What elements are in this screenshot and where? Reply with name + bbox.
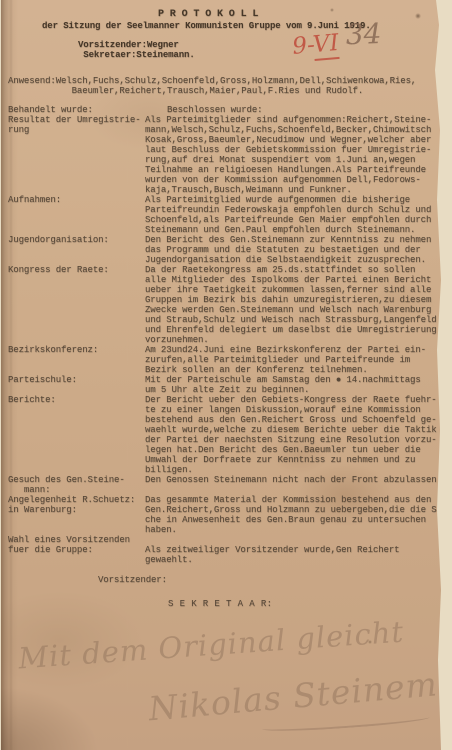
row-wahl-vorsitzender: Wahl eines Vorsitzenden fuer die Gruppe:… bbox=[8, 535, 442, 565]
row-label: Kongress der Raete: bbox=[8, 265, 145, 275]
document-subtitle: der Sitzung der Seelmanner Kommunisten G… bbox=[42, 21, 442, 32]
row-label: Wahl eines Vorsitzenden fuer die Gruppe: bbox=[8, 535, 145, 555]
row-parteischule: Parteischule: Mit der Parteischule am Sa… bbox=[8, 375, 442, 395]
row-kongress-der-raete: Kongress der Raete: Da der Raetekongress… bbox=[8, 265, 442, 345]
red-roman-numeral: VI bbox=[312, 30, 340, 61]
document-title: P R O T O K O L L bbox=[158, 9, 442, 21]
row-gesuch-steinemann: Gesuch des Gen.Steine- mann: Den Genosse… bbox=[8, 475, 442, 495]
row-resolution-text: Mit der Parteischule am Samstag den ● 14… bbox=[145, 375, 442, 395]
row-bezirkskonferenz: Bezirkskonferenz: Am 23und24.Juni eine B… bbox=[8, 345, 442, 375]
row-label: Aufnahmen: bbox=[8, 195, 145, 205]
row-resolution-text: Den Bericht des Gen.Steinemann zur Kennt… bbox=[145, 235, 442, 265]
row-aufnahmen: Aufnahmen: Als Parteimitglied wurde aufg… bbox=[8, 195, 442, 235]
red-date-annotation: 9-VI bbox=[291, 30, 340, 61]
signature-chairman-label: Vorsitzender: bbox=[98, 575, 442, 585]
row-label: Jugendorganisation: bbox=[8, 235, 145, 245]
row-label: Bezirkskonferenz: bbox=[8, 345, 145, 355]
row-resolution-text: Am 23und24.Juni eine Bezirkskonferenz de… bbox=[145, 345, 442, 375]
row-label: Gesuch des Gen.Steine- mann: bbox=[8, 475, 145, 495]
column-header-behandelt: Behandelt wurde: bbox=[8, 105, 145, 115]
attendees-block: Anwesend:Welsch,Fuchs,Schulz,Schoenfeld,… bbox=[8, 76, 442, 96]
row-resolution-text: Da der Raetekongress am 25.ds.stattfinde… bbox=[145, 265, 442, 345]
row-label: Resultat der Umregistrie- rung bbox=[8, 115, 145, 135]
row-label: Parteischule: bbox=[8, 375, 145, 385]
column-header-beschlossen: Beschlossen wurde: bbox=[145, 105, 442, 115]
signature-secretary-label: S E K R E T A A R: bbox=[168, 599, 442, 609]
agenda-table: Behandelt wurde: Beschlossen wurde: Resu… bbox=[8, 105, 442, 565]
row-jugendorganisation: Jugendorganisation: Den Bericht des Gen.… bbox=[8, 235, 442, 265]
row-resolution-text: Als Parteimitglied wurde aufgenommen die… bbox=[145, 195, 442, 235]
row-label: Berichte: bbox=[8, 395, 145, 405]
row-resolution-text: Als zeitweiliger Vorsitzender wurde,Gen … bbox=[145, 535, 442, 565]
pencil-number-annotation: 34 bbox=[346, 17, 383, 51]
row-resolution-text: Der Bericht ueber den Gebiets-Kongress d… bbox=[145, 395, 442, 475]
row-resolution-text: Als Parteimitglieder sind aufgenommen:Re… bbox=[145, 115, 442, 195]
handwritten-certification-line: Mit dem Original gleicht bbox=[17, 615, 405, 676]
protocol-document: P R O T O K O L L der Sitzung der Seelma… bbox=[0, 0, 442, 609]
row-resolution-text: Das gesammte Material der Kommission bes… bbox=[145, 495, 447, 535]
paper-sheet: P R O T O K O L L der Sitzung der Seelma… bbox=[0, 0, 442, 750]
row-angelegenheit-schuetz: Angelegenheit R.Schuetz: in Warenburg: D… bbox=[8, 495, 442, 535]
row-resultat-umregistrierung: Resultat der Umregistrie- rung Als Parte… bbox=[8, 115, 442, 195]
row-berichte: Berichte: Der Bericht ueber den Gebiets-… bbox=[8, 395, 442, 475]
row-label: Angelegenheit R.Schuetz: in Warenburg: bbox=[8, 495, 145, 515]
row-resolution-text: Den Genossen Steinemann nicht nach der F… bbox=[145, 475, 442, 485]
officers-block: Vorsitzender:Wegner Sekretaer:Steinemann… bbox=[78, 40, 442, 60]
column-headers-row: Behandelt wurde: Beschlossen wurde: bbox=[8, 105, 442, 115]
